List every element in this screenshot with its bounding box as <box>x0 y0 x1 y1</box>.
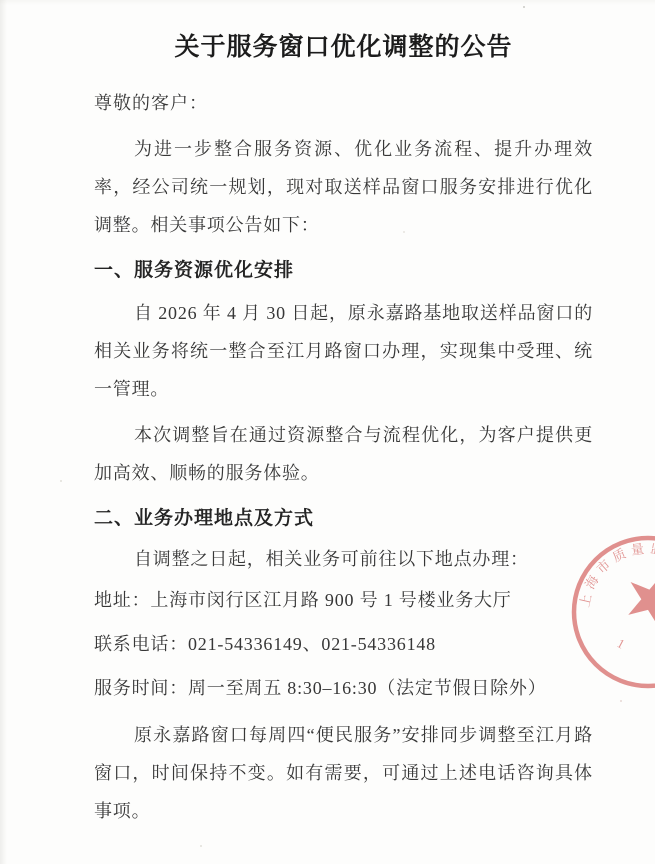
section1-paragraph-2: 本次调整旨在通过资源整合与流程优化，为客户提供更加高效、顺畅的服务体验。 <box>94 416 593 492</box>
announcement-body: 关于服务窗口优化调整的公告 尊敬的客户： 为进一步整合服务资源、优化业务流程、提… <box>0 0 655 830</box>
service-hours-line: 服务时间：周一至周五 8:30–16:30（法定节假日除外） <box>94 666 593 710</box>
contact-details: 地址：上海市闵行区江月路 900 号 1 号楼业务大厅 联系电话：021-543… <box>94 578 593 710</box>
scanned-announcement-page: 上海市质量监督检验检测 1 关于服务窗口优化调整的公告 尊敬的客户： 为进一步整… <box>0 0 655 864</box>
announcement-title: 关于服务窗口优化调整的公告 <box>94 30 593 66</box>
section1-paragraph-1: 自 2026 年 4 月 30 日起，原永嘉路基地取送样品窗口的相关业务将统一整… <box>94 294 593 408</box>
section2-paragraph-1: 自调整之日起，相关业务可前往以下地点办理： <box>94 540 593 578</box>
salutation-line: 尊敬的客户： <box>94 90 593 116</box>
intro-paragraph: 为进一步整合服务资源、优化业务流程、提升办理效率，经公司统一规划，现对取送样品窗… <box>94 130 593 244</box>
section2-heading: 二、业务办理地点及方式 <box>94 504 593 534</box>
phone-line: 联系电话：021-54336149、021-54336148 <box>94 622 593 666</box>
closing-paragraph: 原永嘉路窗口每周四“便民服务”安排同步调整至江月路窗口，时间保持不变。如有需要，… <box>94 716 593 830</box>
address-line: 地址：上海市闵行区江月路 900 号 1 号楼业务大厅 <box>94 578 593 622</box>
section1-heading: 一、服务资源优化安排 <box>94 256 593 286</box>
